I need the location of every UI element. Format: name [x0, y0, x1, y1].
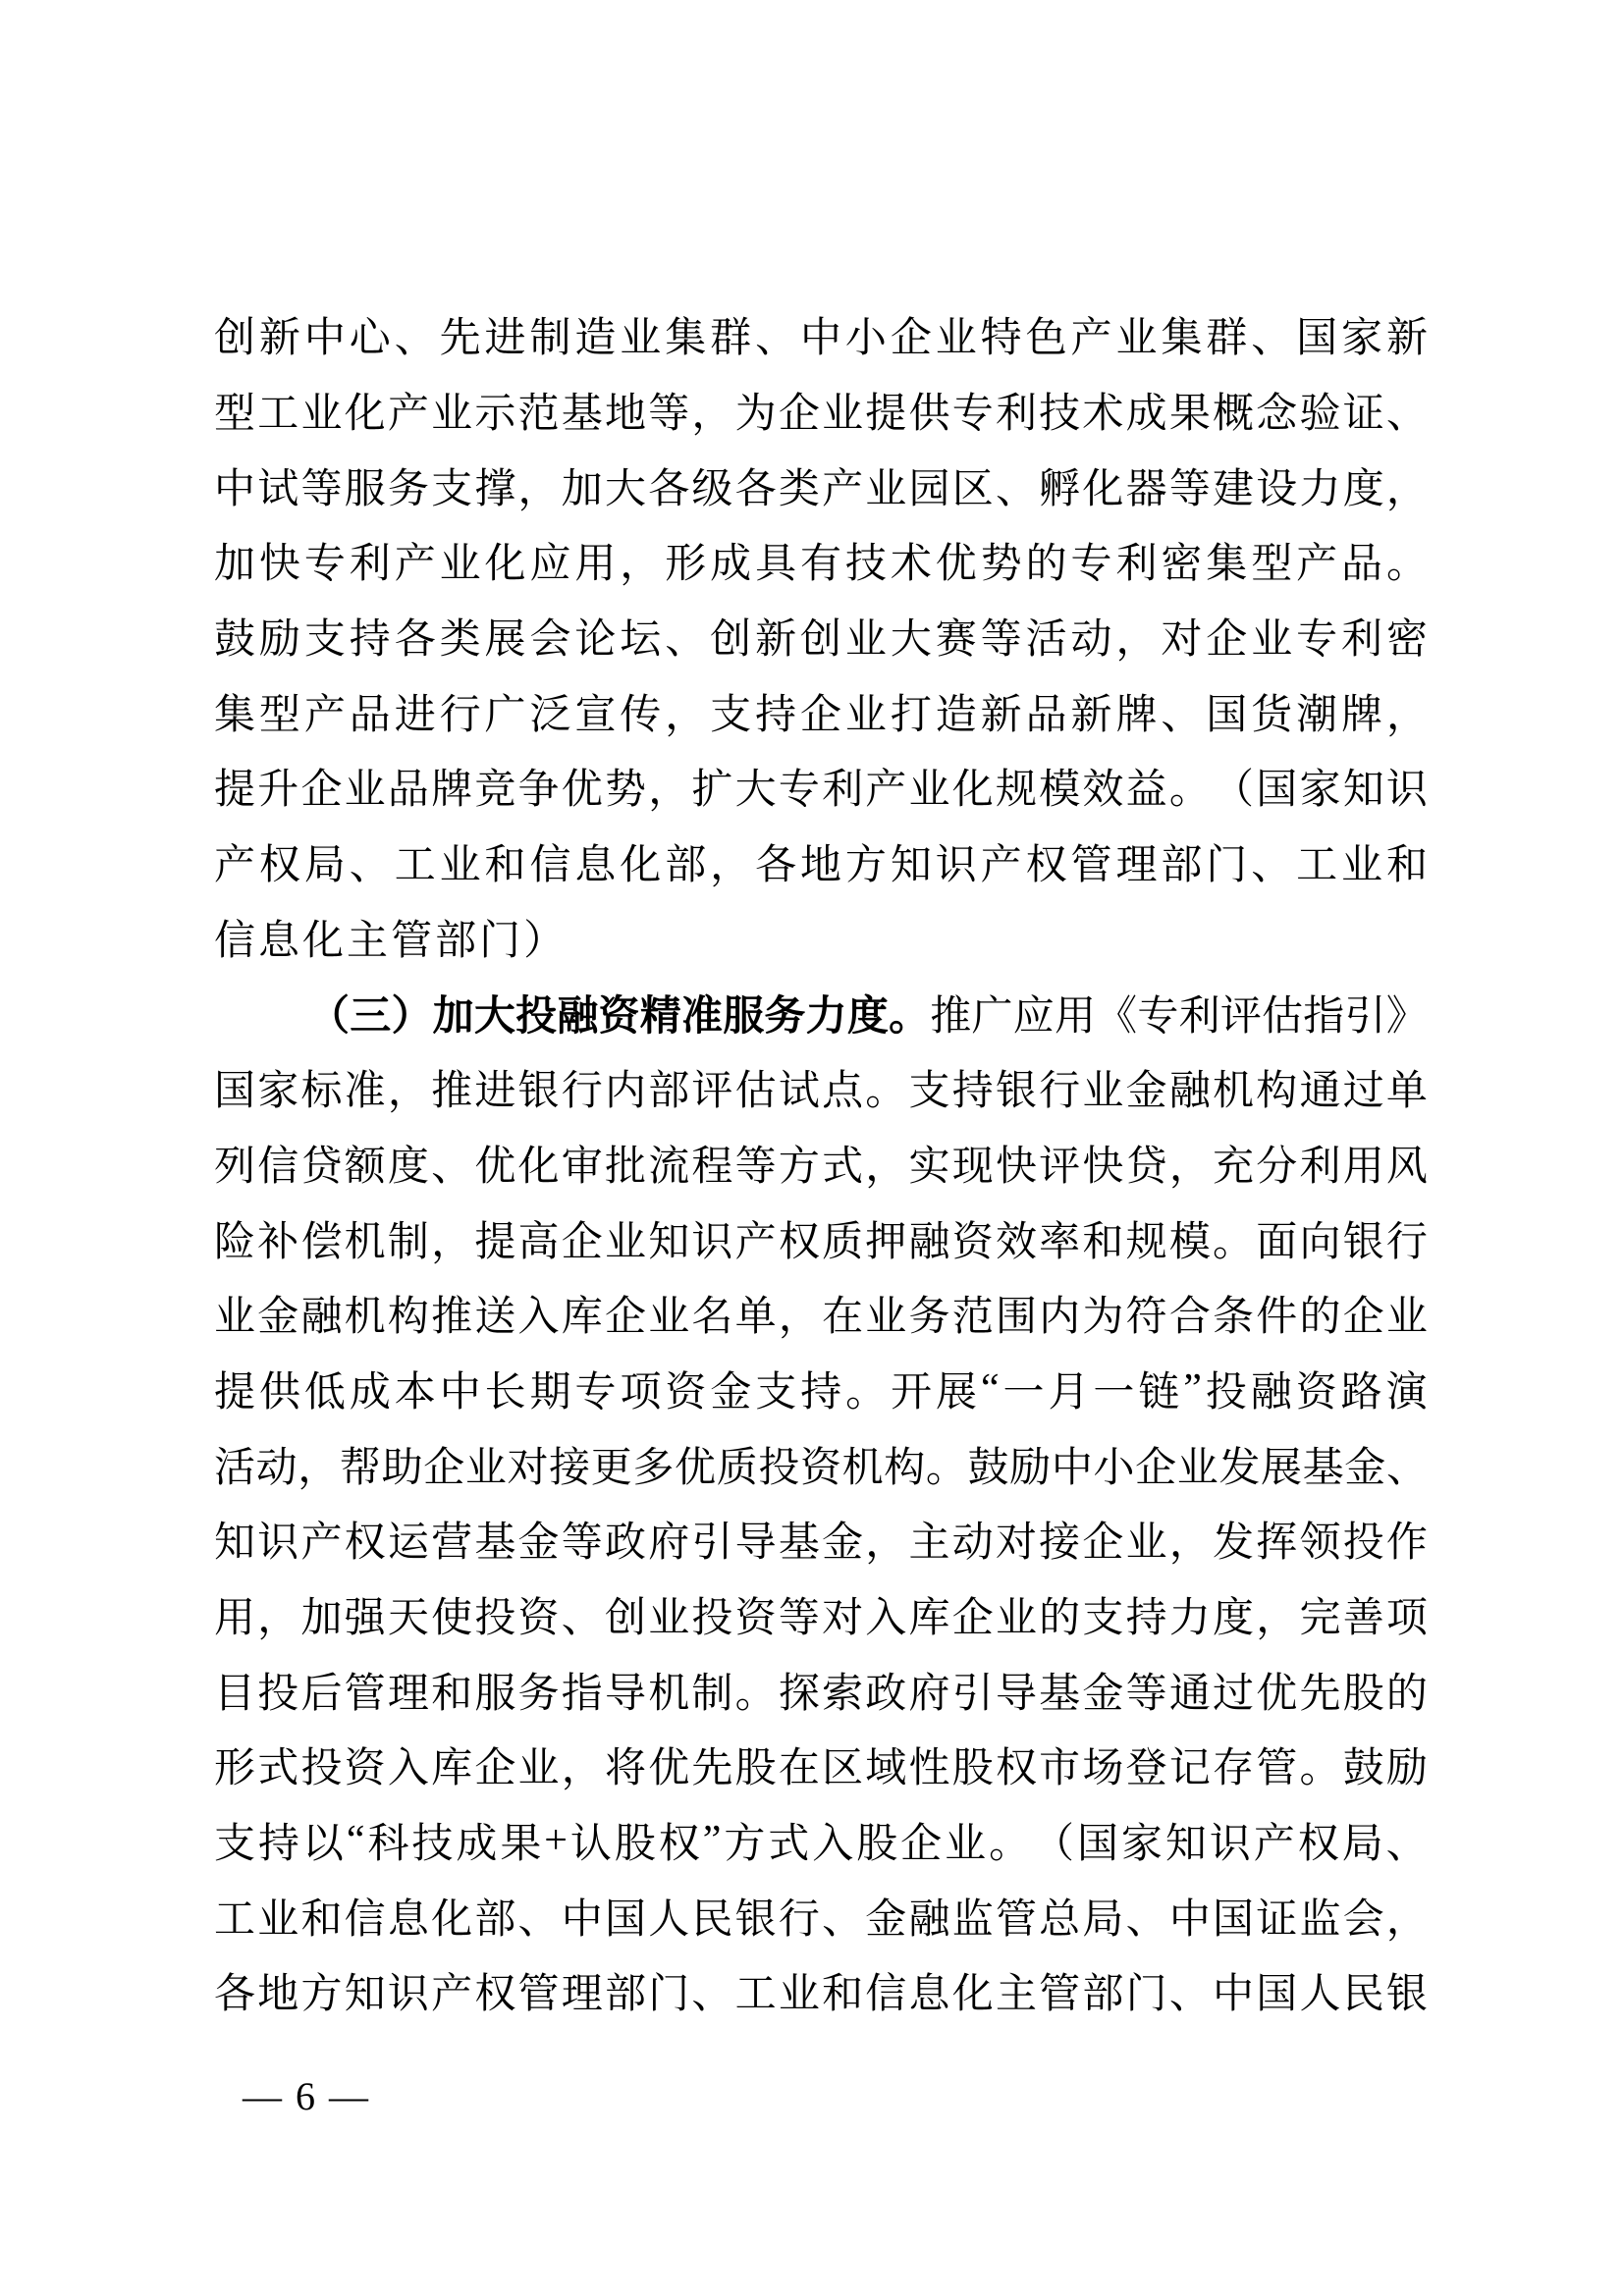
document-page: 创新中心、先进制造业集群、中小企业特色产业集群、国家新 型工业化产业示范基地等，…: [0, 0, 1624, 2296]
text-line: 险补偿机制，提高企业知识产权质押融资效率和规模。面向银行: [214, 1201, 1428, 1276]
section-heading-line: （三）加大投融资精准服务力度。推广应用《专利评估指引》: [214, 975, 1428, 1050]
text-line: 用，加强天使投资、创业投资等对入库企业的支持力度，完善项: [214, 1577, 1428, 1653]
text-line: 产权局、工业和信息化部，各地方知识产权管理部门、工业和: [214, 825, 1428, 900]
text-line: 活动，帮助企业对接更多优质投资机构。鼓励中小企业发展基金、: [214, 1426, 1428, 1502]
text-line: 型工业化产业示范基地等，为企业提供专利技术成果概念验证、: [214, 373, 1428, 449]
text-line: 知识产权运营基金等政府引导基金，主动对接企业，发挥领投作: [214, 1502, 1428, 1577]
text-line: 国家标准，推进银行内部评估试点。支持银行业金融机构通过单: [214, 1050, 1428, 1126]
text-line: 鼓励支持各类展会论坛、创新创业大赛等活动，对企业专利密: [214, 599, 1428, 674]
text-line: 提升企业品牌竞争优势，扩大专利产业化规模效益。（国家知识: [214, 749, 1428, 825]
text-line: 各地方知识产权管理部门、工业和信息化主管部门、中国人民银: [214, 1953, 1428, 2029]
text-line: 创新中心、先进制造业集群、中小企业特色产业集群、国家新: [214, 297, 1428, 373]
text-line: 业金融机构推送入库企业名单，在业务范围内为符合条件的企业: [214, 1276, 1428, 1352]
text-line: 提供低成本中长期专项资金支持。开展“一月一链”投融资路演: [214, 1352, 1428, 1427]
text-line-paragraph-end: 信息化主管部门）: [214, 900, 1428, 976]
text-line: 集型产品进行广泛宣传，支持企业打造新品新牌、国货潮牌，: [214, 673, 1428, 749]
text-block: 创新中心、先进制造业集群、中小企业特色产业集群、国家新 型工业化产业示范基地等，…: [214, 297, 1428, 2029]
text-line: 支持以“科技成果+认股权”方式入股企业。（国家知识产权局、: [214, 1803, 1428, 1879]
text-line: 列信贷额度、优化审批流程等方式，实现快评快贷，充分利用风: [214, 1126, 1428, 1201]
text-line: 目投后管理和服务指导机制。探索政府引导基金等通过优先股的: [214, 1652, 1428, 1728]
page-number: — 6 —: [243, 2069, 370, 2124]
text-line: 中试等服务支撑，加大各级各类产业园区、孵化器等建设力度，: [214, 448, 1428, 523]
text-line: 加快专利产业化应用，形成具有技术优势的专利密集型产品。: [214, 523, 1428, 599]
text-line: 形式投资入库企业，将优先股在区域性股权市场登记存管。鼓励: [214, 1728, 1428, 1803]
text-line: 工业和信息化部、中国人民银行、金融监管总局、中国证监会，: [214, 1878, 1428, 1953]
